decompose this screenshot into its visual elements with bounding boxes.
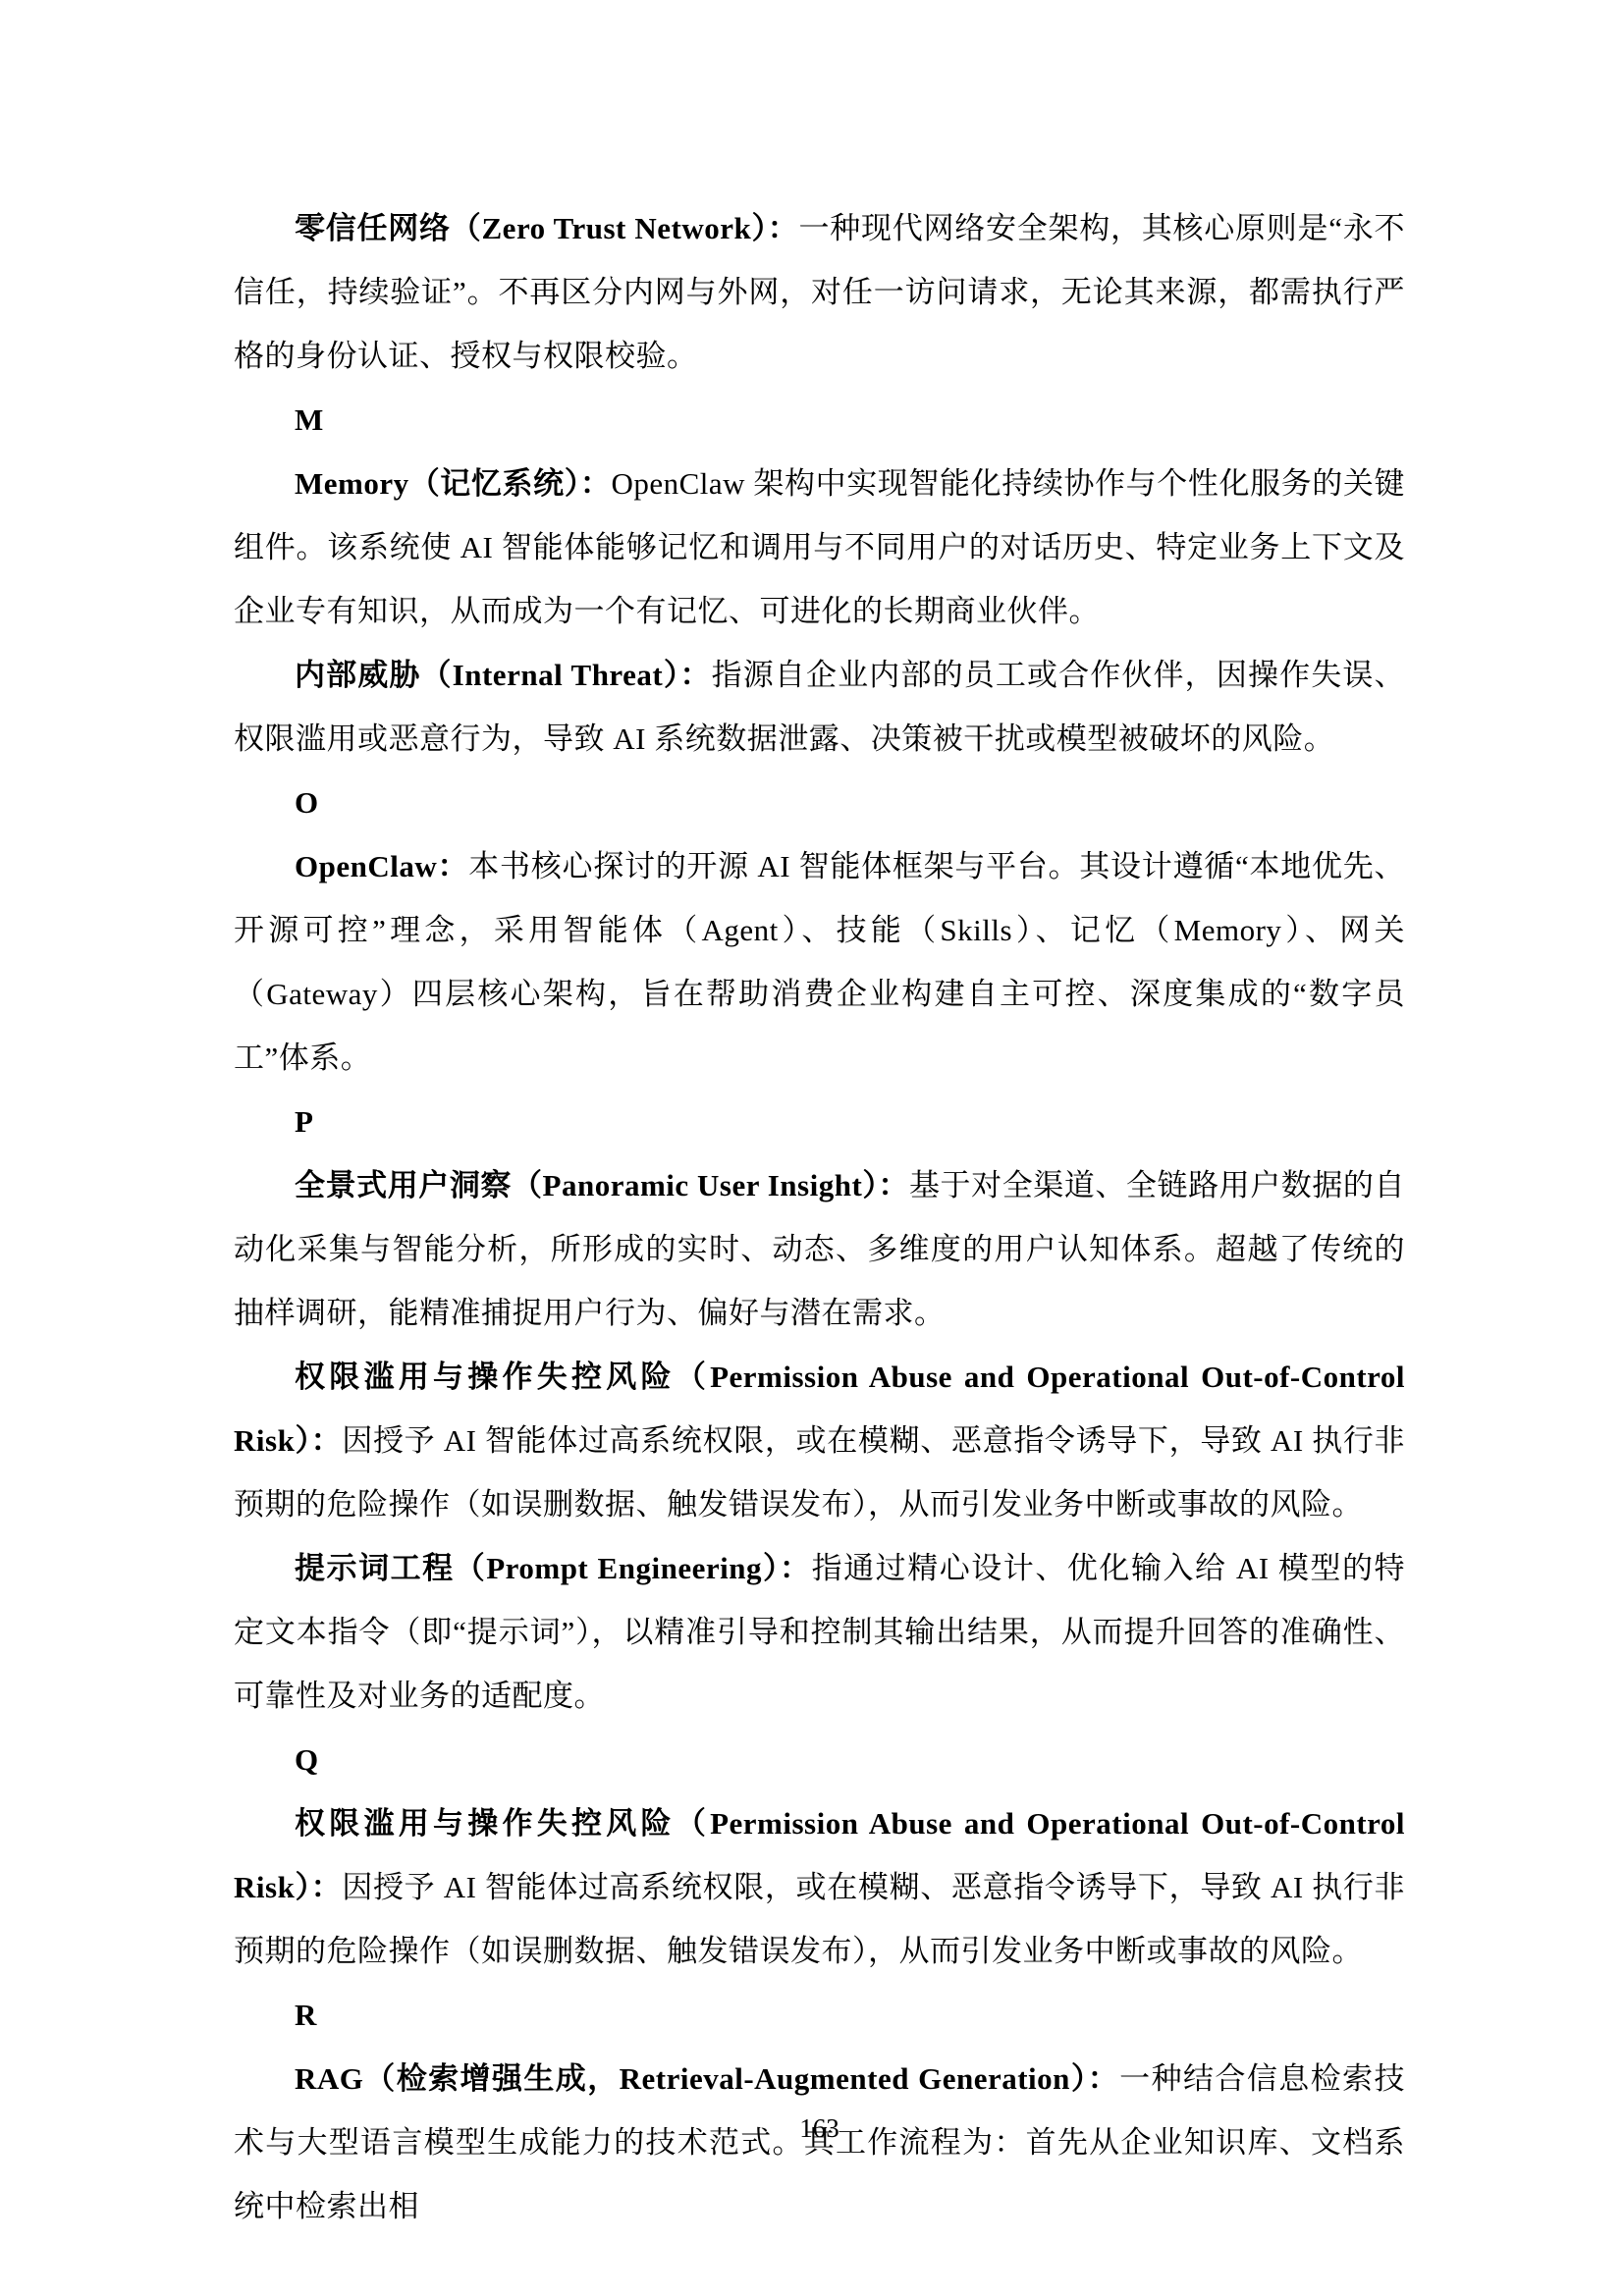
glossary-entry: 全景式用户洞察（Panoramic User Insight）：基于对全渠道、全… xyxy=(234,1153,1405,1345)
glossary-term: RAG（检索增强生成，Retrieval-Augmented Generatio… xyxy=(295,2061,1119,2096)
glossary-entry: 权限滥用与操作失控风险（Permission Abuse and Operati… xyxy=(234,1791,1405,1983)
glossary-entry: OpenClaw：本书核心探讨的开源 AI 智能体框架与平台。其设计遵循“本地优… xyxy=(234,834,1405,1090)
glossary-term: OpenClaw： xyxy=(295,849,468,883)
glossary-term: 提示词工程（Prompt Engineering）： xyxy=(295,1551,812,1585)
section-letter-m: M xyxy=(234,388,1405,452)
glossary-term: Memory（记忆系统）： xyxy=(295,466,611,501)
glossary-content: 零信任网络（Zero Trust Network）：一种现代网络安全架构，其核心… xyxy=(234,196,1405,2238)
glossary-term: 零信任网络（Zero Trust Network）： xyxy=(295,211,798,245)
section-letter-p: P xyxy=(234,1090,1405,1153)
page-footer: 163 xyxy=(234,2112,1405,2144)
glossary-entry: 提示词工程（Prompt Engineering）：指通过精心设计、优化输入给 … xyxy=(234,1536,1405,1728)
glossary-entry: 权限滥用与操作失控风险（Permission Abuse and Operati… xyxy=(234,1345,1405,1536)
section-letter-q: Q xyxy=(234,1728,1405,1791)
document-page: 零信任网络（Zero Trust Network）：一种现代网络安全架构，其核心… xyxy=(0,0,1624,2296)
glossary-term: 全景式用户洞察（Panoramic User Insight）： xyxy=(295,1168,909,1202)
glossary-definition: 因授予 AI 智能体过高系统权限，或在模糊、恶意指令诱导下，导致 AI 执行非预… xyxy=(234,1423,1405,1522)
section-letter-o: O xyxy=(234,771,1405,834)
section-letter-r: R xyxy=(234,1983,1405,2047)
page-number: 163 xyxy=(799,2113,839,2143)
glossary-term: 内部威胁（Internal Threat）： xyxy=(295,658,712,692)
glossary-entry: Memory（记忆系统）：OpenClaw 架构中实现智能化持续协作与个性化服务… xyxy=(234,452,1405,643)
glossary-entry: 零信任网络（Zero Trust Network）：一种现代网络安全架构，其核心… xyxy=(234,196,1405,388)
glossary-definition: 因授予 AI 智能体过高系统权限，或在模糊、恶意指令诱导下，导致 AI 执行非预… xyxy=(234,1870,1405,1968)
glossary-entry: 内部威胁（Internal Threat）：指源自企业内部的员工或合作伙伴，因操… xyxy=(234,643,1405,771)
